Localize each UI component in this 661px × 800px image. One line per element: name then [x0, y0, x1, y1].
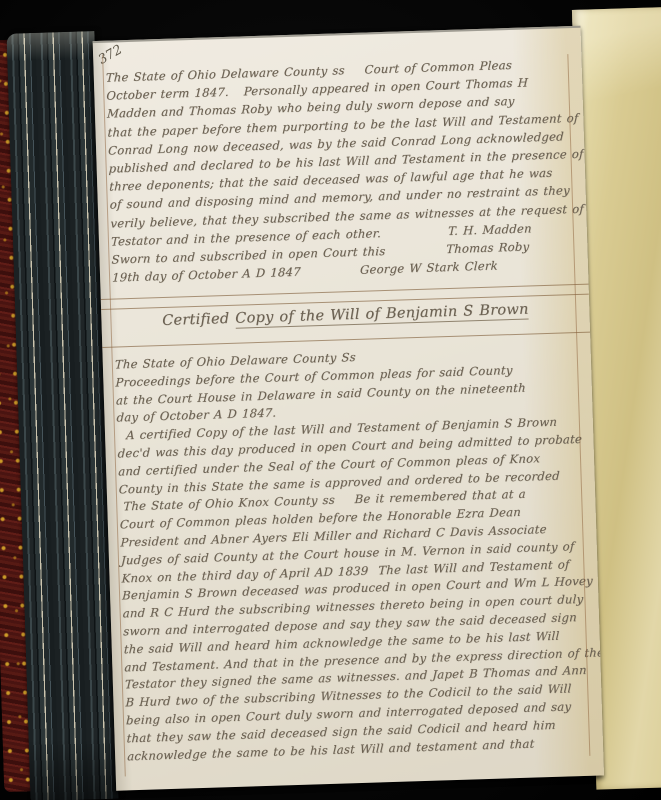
record-book: 372 The State of Ohio Delaware County ss… [0, 7, 661, 800]
entry-benjamin-brown-will: The State of Ohio Delaware County SsProc… [115, 342, 604, 766]
handwritten-lines: The State of Ohio Delaware County ss Cou… [106, 54, 587, 233]
heading-underlined: Copy of the Will of Benjamin S Brown [235, 302, 529, 329]
ruled-line [101, 284, 589, 300]
entry-heading: Certified Copy of the Will of Benjamin S… [101, 300, 589, 331]
page-number: 372 [96, 42, 125, 67]
entry-conrad-long-probate: The State of Ohio Delaware County ss Cou… [106, 54, 589, 287]
ledger-page: 372 The State of Ohio Delaware County ss… [93, 26, 604, 791]
screenshot-root: 372 The State of Ohio Delaware County ss… [0, 0, 661, 800]
signature-clerk: George W Stark Clerk [360, 257, 499, 280]
handwritten-lines: The State of Ohio Delaware County SsProc… [115, 342, 604, 766]
heading-prefix: Certified [162, 311, 236, 329]
